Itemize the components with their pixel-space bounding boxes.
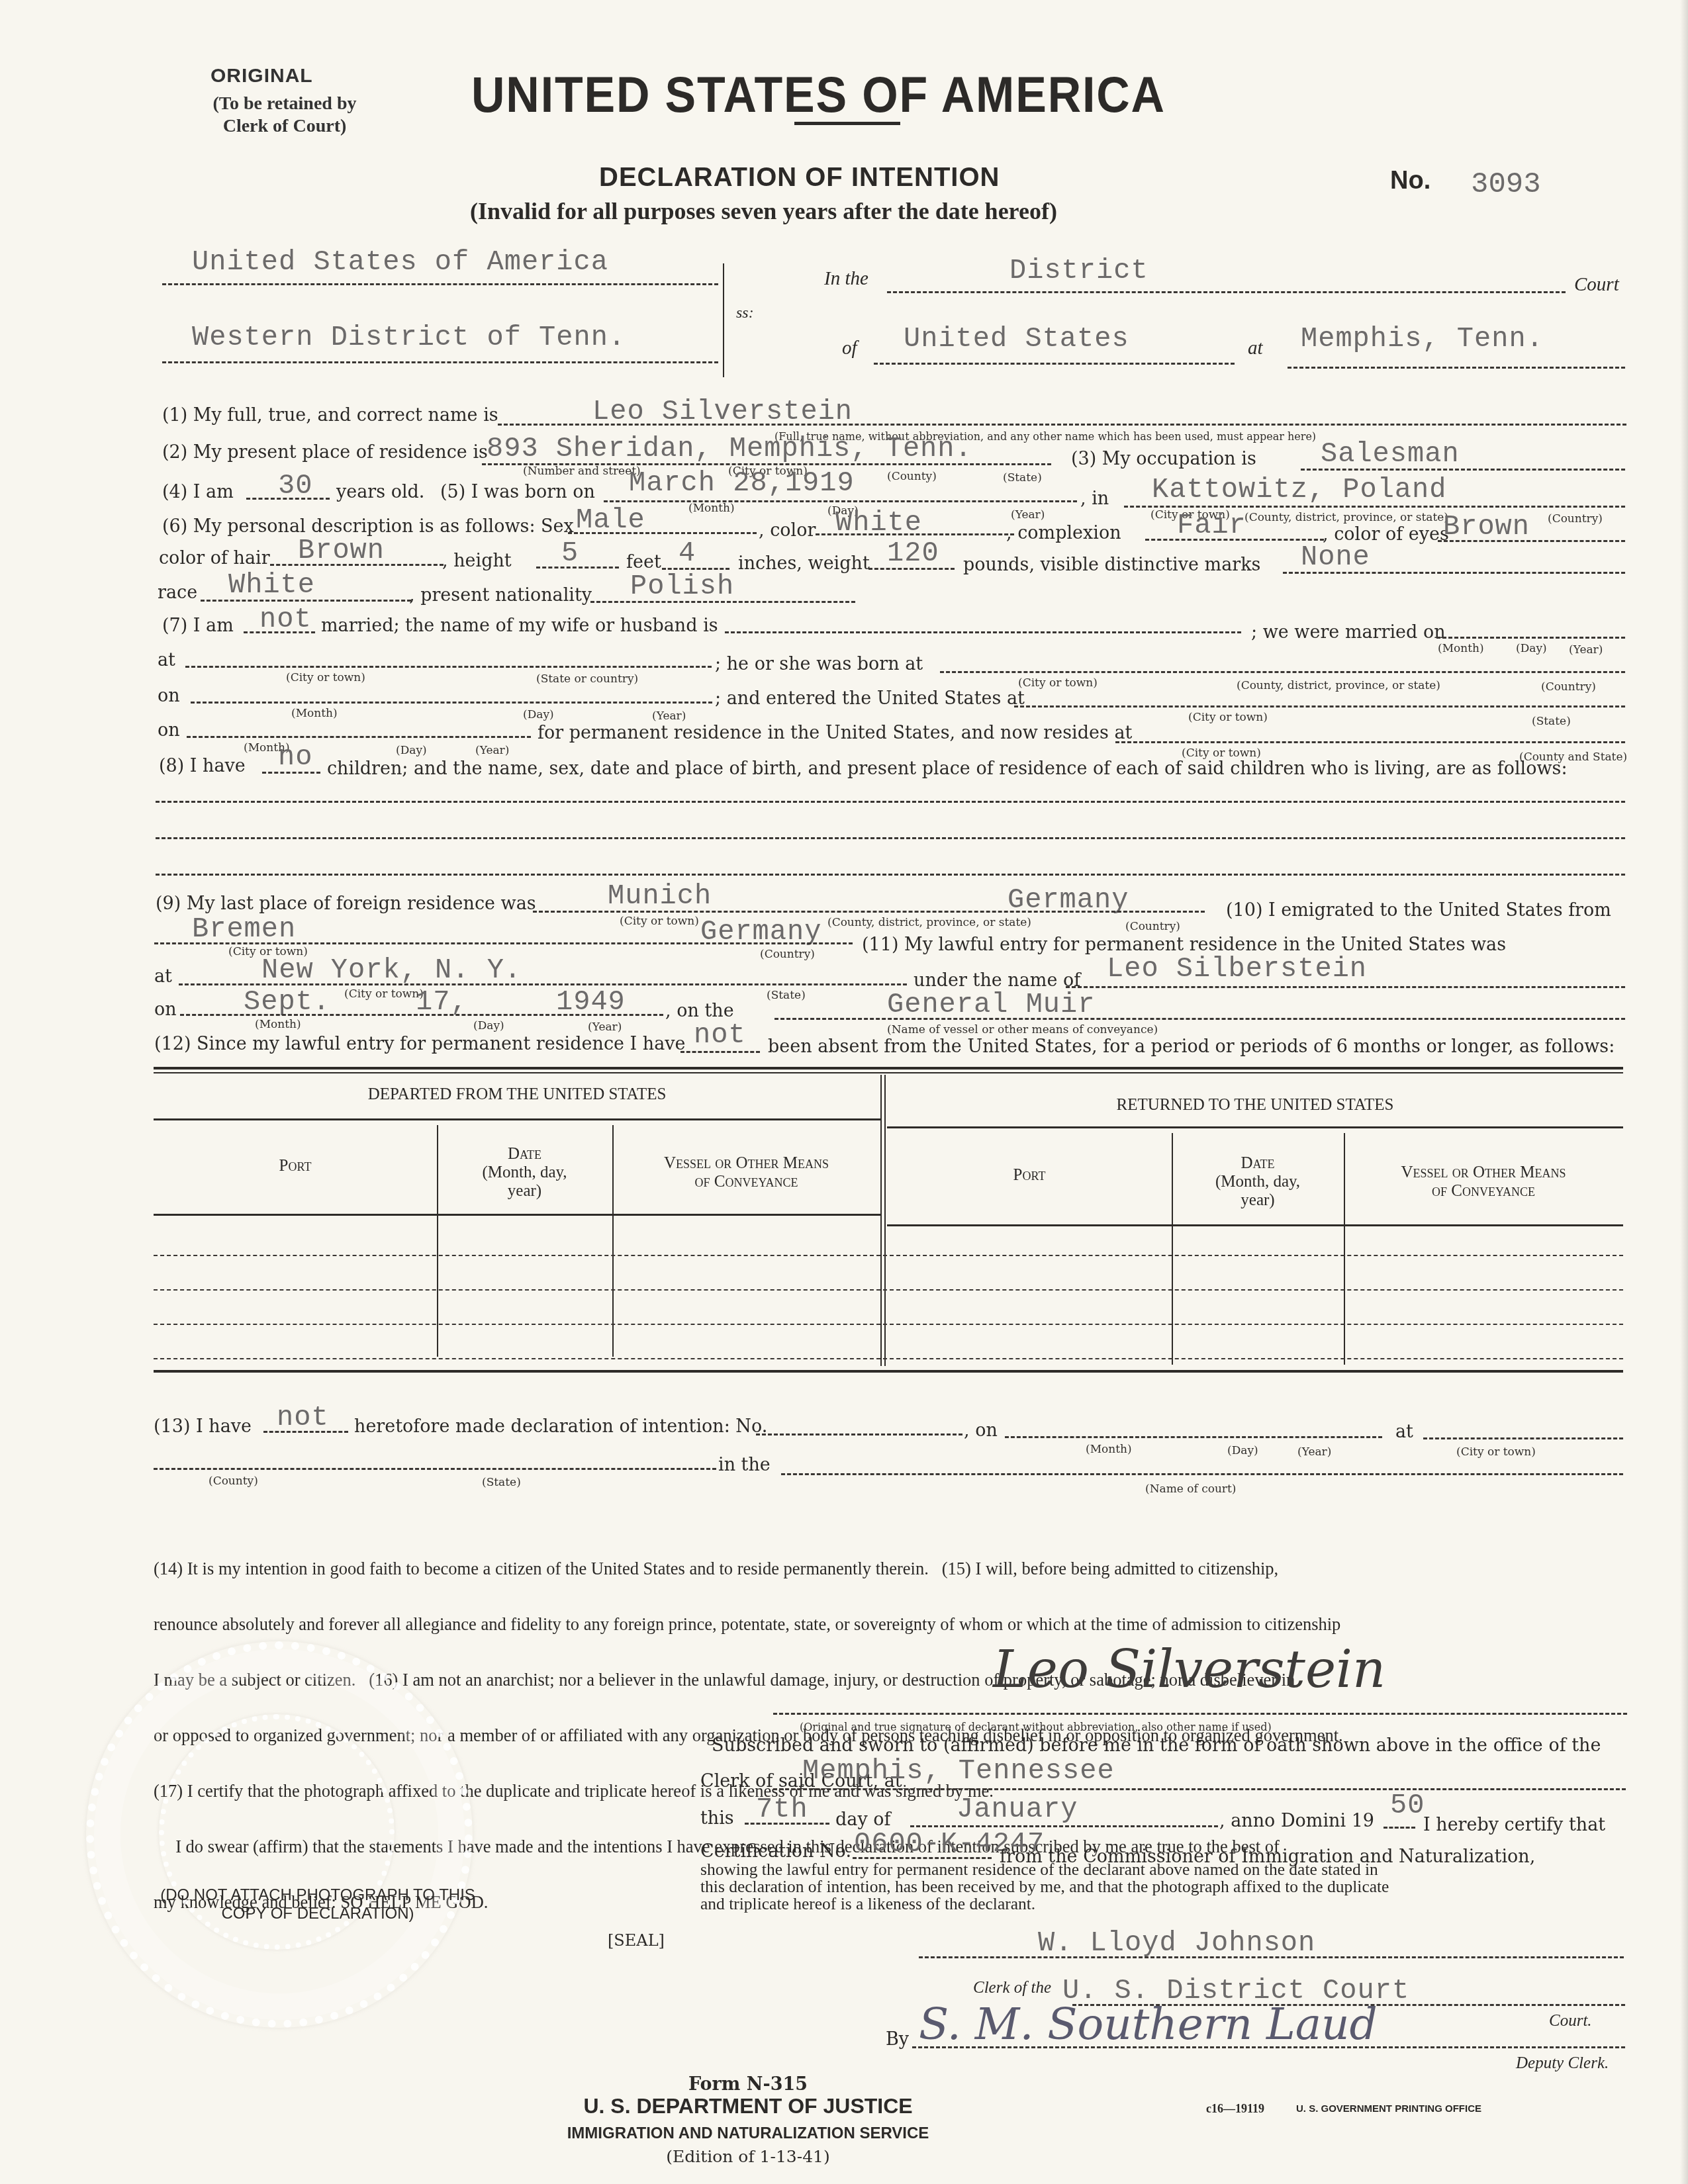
- q10-label: (10) I emigrated to the United States fr…: [1226, 900, 1611, 921]
- day-of-label: day of: [835, 1809, 890, 1830]
- court-type[interactable]: District: [1009, 255, 1149, 287]
- clerk-name-field[interactable]: W. Lloyd Johnson: [1038, 1927, 1315, 1959]
- hint-day: (Day): [1516, 642, 1547, 655]
- retain-note: (To be retained by Clerk of Court): [159, 93, 410, 138]
- col-port-returned: Port: [887, 1166, 1172, 1185]
- q13-label: (13) I have: [154, 1416, 252, 1437]
- under-name-label: under the name of: [914, 970, 1080, 991]
- hint-state: (State): [767, 989, 806, 1002]
- number-label: No.: [1390, 167, 1430, 195]
- in-the-label: in the: [718, 1455, 771, 1475]
- full-name-field[interactable]: Leo Silverstein: [592, 396, 853, 428]
- q12-text: been absent from the United States, for …: [768, 1036, 1615, 1057]
- clerk-location-field[interactable]: Memphis, Tennessee: [802, 1755, 1115, 1787]
- children-line-1[interactable]: [156, 801, 1625, 803]
- hint-state: (State): [1532, 715, 1571, 728]
- certify-label: I hereby certify that: [1423, 1815, 1605, 1835]
- hint-city: (City or town): [344, 987, 424, 1001]
- occupation-field[interactable]: Salesman: [1321, 438, 1460, 470]
- hint-year: (Year): [1011, 508, 1045, 522]
- prior-city-field[interactable]: [1423, 1437, 1623, 1439]
- children-line-3[interactable]: [156, 874, 1625, 876]
- inches-weight-label: inches, weight: [738, 553, 870, 574]
- foreign-city-field[interactable]: Munich: [608, 880, 712, 912]
- hint-day: (Day): [1227, 1444, 1258, 1457]
- complexion-field[interactable]: Fair: [1177, 510, 1246, 541]
- hint-day: (Day): [523, 708, 554, 721]
- hint-year: (Year): [475, 744, 509, 757]
- complexion-label: , complexion: [1006, 523, 1121, 543]
- at-label: at: [1395, 1422, 1413, 1442]
- vessel-field[interactable]: General Muir: [887, 989, 1095, 1021]
- on-the-label: , on the: [665, 1001, 734, 1021]
- hair-label: color of hair: [159, 548, 270, 569]
- hint-month: (Month): [688, 502, 735, 515]
- hint-country: (Country): [1548, 512, 1603, 525]
- hint-year: (Year): [1569, 643, 1603, 657]
- at-label: at: [154, 966, 172, 987]
- hint-state: (State): [482, 1476, 521, 1489]
- absent-field[interactable]: not: [694, 1019, 746, 1051]
- hint-year: (Year): [588, 1021, 622, 1034]
- year-field[interactable]: 50: [1390, 1790, 1425, 1821]
- marks-field[interactable]: None: [1301, 541, 1370, 573]
- entry-day-field[interactable]: 17,: [416, 986, 468, 1018]
- at-label: at: [1248, 338, 1263, 359]
- invalid-note: (Invalid for all purposes seven years af…: [470, 197, 1057, 225]
- q2-label: (2) My present place of residence is: [162, 442, 488, 463]
- anno-domini-label: , anno Domini 19: [1219, 1811, 1374, 1831]
- entry-month-field[interactable]: Sept.: [244, 986, 330, 1018]
- q4-suffix: years old.: [336, 482, 424, 502]
- q12-label: (12) Since my lawful entry for permanent…: [154, 1034, 686, 1054]
- height-label: , height: [442, 551, 512, 571]
- col-vessel-departed: Vessel or Other Means of Conveyance: [612, 1154, 880, 1191]
- q7-label: (7) I am: [162, 615, 234, 636]
- entry-year-field[interactable]: 1949: [556, 986, 626, 1018]
- day-field[interactable]: 7th: [756, 1794, 808, 1825]
- hint-county-district: (County, district, province, or state): [1237, 679, 1440, 692]
- hint-vessel: (Name of vessel or other means of convey…: [887, 1023, 1158, 1036]
- prior-date-field[interactable]: [1005, 1436, 1382, 1438]
- hint-number-street: (Number and street): [523, 465, 641, 478]
- born-at-label: ; he or she was born at: [715, 654, 923, 674]
- venue-district[interactable]: Western District of Tenn.: [192, 322, 626, 353]
- month-field[interactable]: January: [957, 1794, 1078, 1825]
- signature-hint: (Original and true signature of declaran…: [800, 1721, 1272, 1733]
- prior-declaration-field[interactable]: not: [277, 1402, 329, 1433]
- hint-country: (Country): [1541, 680, 1596, 694]
- entered-us-label: ; and entered the United States at: [715, 688, 1025, 709]
- entry-place-field[interactable]: New York, N. Y.: [261, 954, 522, 986]
- court-of[interactable]: United States: [904, 323, 1129, 355]
- perm-residence-label: for permanent residence in the United St…: [538, 723, 1132, 743]
- returned-title: RETURNED TO THE UNITED STATES: [887, 1096, 1623, 1115]
- seal-label: [SEAL]: [608, 1931, 665, 1950]
- prior-court-field[interactable]: [781, 1473, 1623, 1475]
- hint-day: (Day): [473, 1019, 504, 1032]
- hint-year: (Year): [652, 709, 686, 723]
- hint-day: (Day): [396, 744, 427, 757]
- service-name: IMMIGRATION AND NATURALIZATION SERVICE: [543, 2124, 953, 2143]
- q13-text: heretofore made declaration of intention…: [354, 1416, 767, 1437]
- col-vessel-returned: Vessel or Other Means of Conveyance: [1344, 1163, 1623, 1201]
- q6-label: (6) My personal description is as follow…: [162, 516, 574, 537]
- hint-year: (Year): [1297, 1445, 1331, 1459]
- race-field[interactable]: White: [228, 569, 315, 601]
- age-field[interactable]: 30: [278, 470, 312, 502]
- height-inches-field[interactable]: 4: [679, 537, 696, 569]
- declarant-signature[interactable]: Leo Silverstein: [993, 1640, 1385, 1700]
- deputy-clerk-label: Deputy Clerk.: [1516, 2054, 1609, 2073]
- hint-county-district: (County, district, province, or state): [827, 916, 1031, 929]
- printer-label: U. S. GOVERNMENT PRINTING OFFICE: [1296, 2103, 1481, 2115]
- col-port-departed: Port: [154, 1157, 437, 1175]
- children-line-2[interactable]: [156, 837, 1625, 839]
- col-date-departed: Date (Month, day, year): [437, 1145, 612, 1201]
- subscribed-text: Subscribed and sworn to (affirmed) befor…: [712, 1735, 1601, 1756]
- by-label: By: [886, 2029, 909, 2050]
- emigrated-city-field[interactable]: Bremen: [192, 913, 296, 945]
- department-name: U. S. DEPARTMENT OF JUSTICE: [569, 2094, 927, 2118]
- hint-court-name: (Name of court): [1145, 1482, 1236, 1496]
- hint-county: (County): [887, 470, 937, 483]
- q9-label: (9) My last place of foreign residence w…: [156, 893, 536, 914]
- entry-name-field[interactable]: Leo Silberstein: [1107, 953, 1367, 985]
- photo-note: (DO NOT ATTACH PHOTOGRAPH TO THIS COPY O…: [159, 1886, 477, 1923]
- cert-text-block: showing the lawful entry for permanent r…: [700, 1861, 1389, 1913]
- page-title: UNITED STATES OF AMERICA: [471, 66, 1166, 124]
- hint-city: (City or town): [1182, 747, 1261, 760]
- original-label: ORIGINAL: [211, 65, 313, 87]
- court-label: Court: [1574, 274, 1619, 296]
- on-label: , on: [964, 1420, 998, 1441]
- hint-county: (County): [209, 1475, 258, 1488]
- in-label: , in: [1080, 488, 1109, 509]
- hint-city: (City or town): [1018, 676, 1098, 690]
- q7-text: married; the name of my wife or husband …: [321, 615, 718, 636]
- form-subtitle: DECLARATION OF INTENTION: [599, 163, 1000, 193]
- hint-month: (Month): [255, 1018, 301, 1031]
- deputy-signature[interactable]: S. M. Southern Laud: [919, 1999, 1378, 2050]
- hint-month: (Month): [1438, 642, 1484, 655]
- form-number: Form N-315: [662, 2074, 834, 2095]
- sex-field[interactable]: Male: [576, 504, 645, 536]
- hint-county-district: (County, district, province, or state): [1244, 511, 1448, 524]
- marks-label: pounds, visible distinctive marks: [963, 555, 1260, 575]
- hint-state-country: (State or country): [536, 672, 638, 686]
- q3-label: (3) My occupation is: [1071, 449, 1256, 469]
- eyes-field[interactable]: Brown: [1443, 511, 1530, 543]
- married-field[interactable]: not: [259, 604, 312, 635]
- hint-country: (Country): [1125, 920, 1180, 933]
- hint-state: (State): [1003, 471, 1042, 484]
- on-label: on: [154, 999, 177, 1020]
- hint-month: (Month): [291, 707, 338, 720]
- departed-title: DEPARTED FROM THE UNITED STATES: [154, 1085, 880, 1104]
- hair-field[interactable]: Brown: [298, 535, 385, 567]
- prior-number-field[interactable]: [756, 1433, 962, 1435]
- venue-country[interactable]: United States of America: [192, 246, 608, 278]
- print-code: c16—19119: [1206, 2102, 1264, 2116]
- nationality-field[interactable]: Polish: [630, 570, 734, 602]
- ss-bracket: [723, 263, 724, 377]
- q1-label: (1) My full, true, and correct name is: [162, 405, 498, 426]
- edition-label: (Edition of 1-13-41): [609, 2147, 887, 2166]
- at-label: at: [158, 650, 175, 670]
- height-feet-field[interactable]: 5: [561, 537, 579, 569]
- q8-label: (8) I have: [159, 756, 246, 776]
- race-label: race: [158, 582, 197, 603]
- in-the-label: In the: [824, 268, 868, 290]
- cert-no-label: Certification No.: [700, 1841, 851, 1862]
- this-label: this: [700, 1808, 734, 1829]
- color-label: , color: [759, 520, 816, 541]
- ss-label: ss:: [736, 304, 754, 322]
- title-divider: [794, 122, 900, 125]
- on-label: on: [158, 686, 180, 706]
- col-date-returned: Date (Month, day, year): [1172, 1154, 1344, 1210]
- weight-field[interactable]: 120: [887, 537, 939, 569]
- birth-date-field[interactable]: March 28,1919: [629, 467, 855, 499]
- hint-month: (Month): [1086, 1443, 1132, 1456]
- hint-city: (City or town): [620, 915, 699, 928]
- hint-country: (Country): [760, 948, 815, 961]
- hint-city: (City or town): [1456, 1445, 1536, 1459]
- q5-label: (5) I was born on: [440, 482, 595, 502]
- hint-city: (City or town): [1188, 711, 1268, 724]
- clerk-of-the-label: Clerk of the: [973, 1979, 1051, 1997]
- q11-label: (11) My lawful entry for permanent resid…: [862, 934, 1506, 955]
- married-on-label: ; we were married on: [1251, 622, 1446, 643]
- children-field[interactable]: no: [278, 741, 312, 773]
- q4-label: (4) I am: [162, 482, 234, 502]
- nationality-label: , present nationality: [409, 585, 592, 606]
- on-label: on: [158, 720, 180, 741]
- birth-place-field[interactable]: Kattowitz, Poland: [1152, 474, 1446, 506]
- page-edge: [1680, 0, 1688, 2184]
- residence-field[interactable]: 893 Sheridan, Memphis, Tenn.: [487, 433, 972, 465]
- q8-text: children; and the name, sex, date and pl…: [327, 758, 1568, 779]
- court-at[interactable]: Memphis, Tenn.: [1301, 323, 1544, 355]
- hint-city: (City or town): [286, 671, 365, 684]
- prior-county-state-field[interactable]: [154, 1468, 716, 1470]
- declaration-number[interactable]: 3093: [1471, 168, 1541, 201]
- court-label: Court.: [1549, 2012, 1592, 2030]
- feet-label: feet: [626, 552, 661, 572]
- of-label: of: [842, 338, 857, 359]
